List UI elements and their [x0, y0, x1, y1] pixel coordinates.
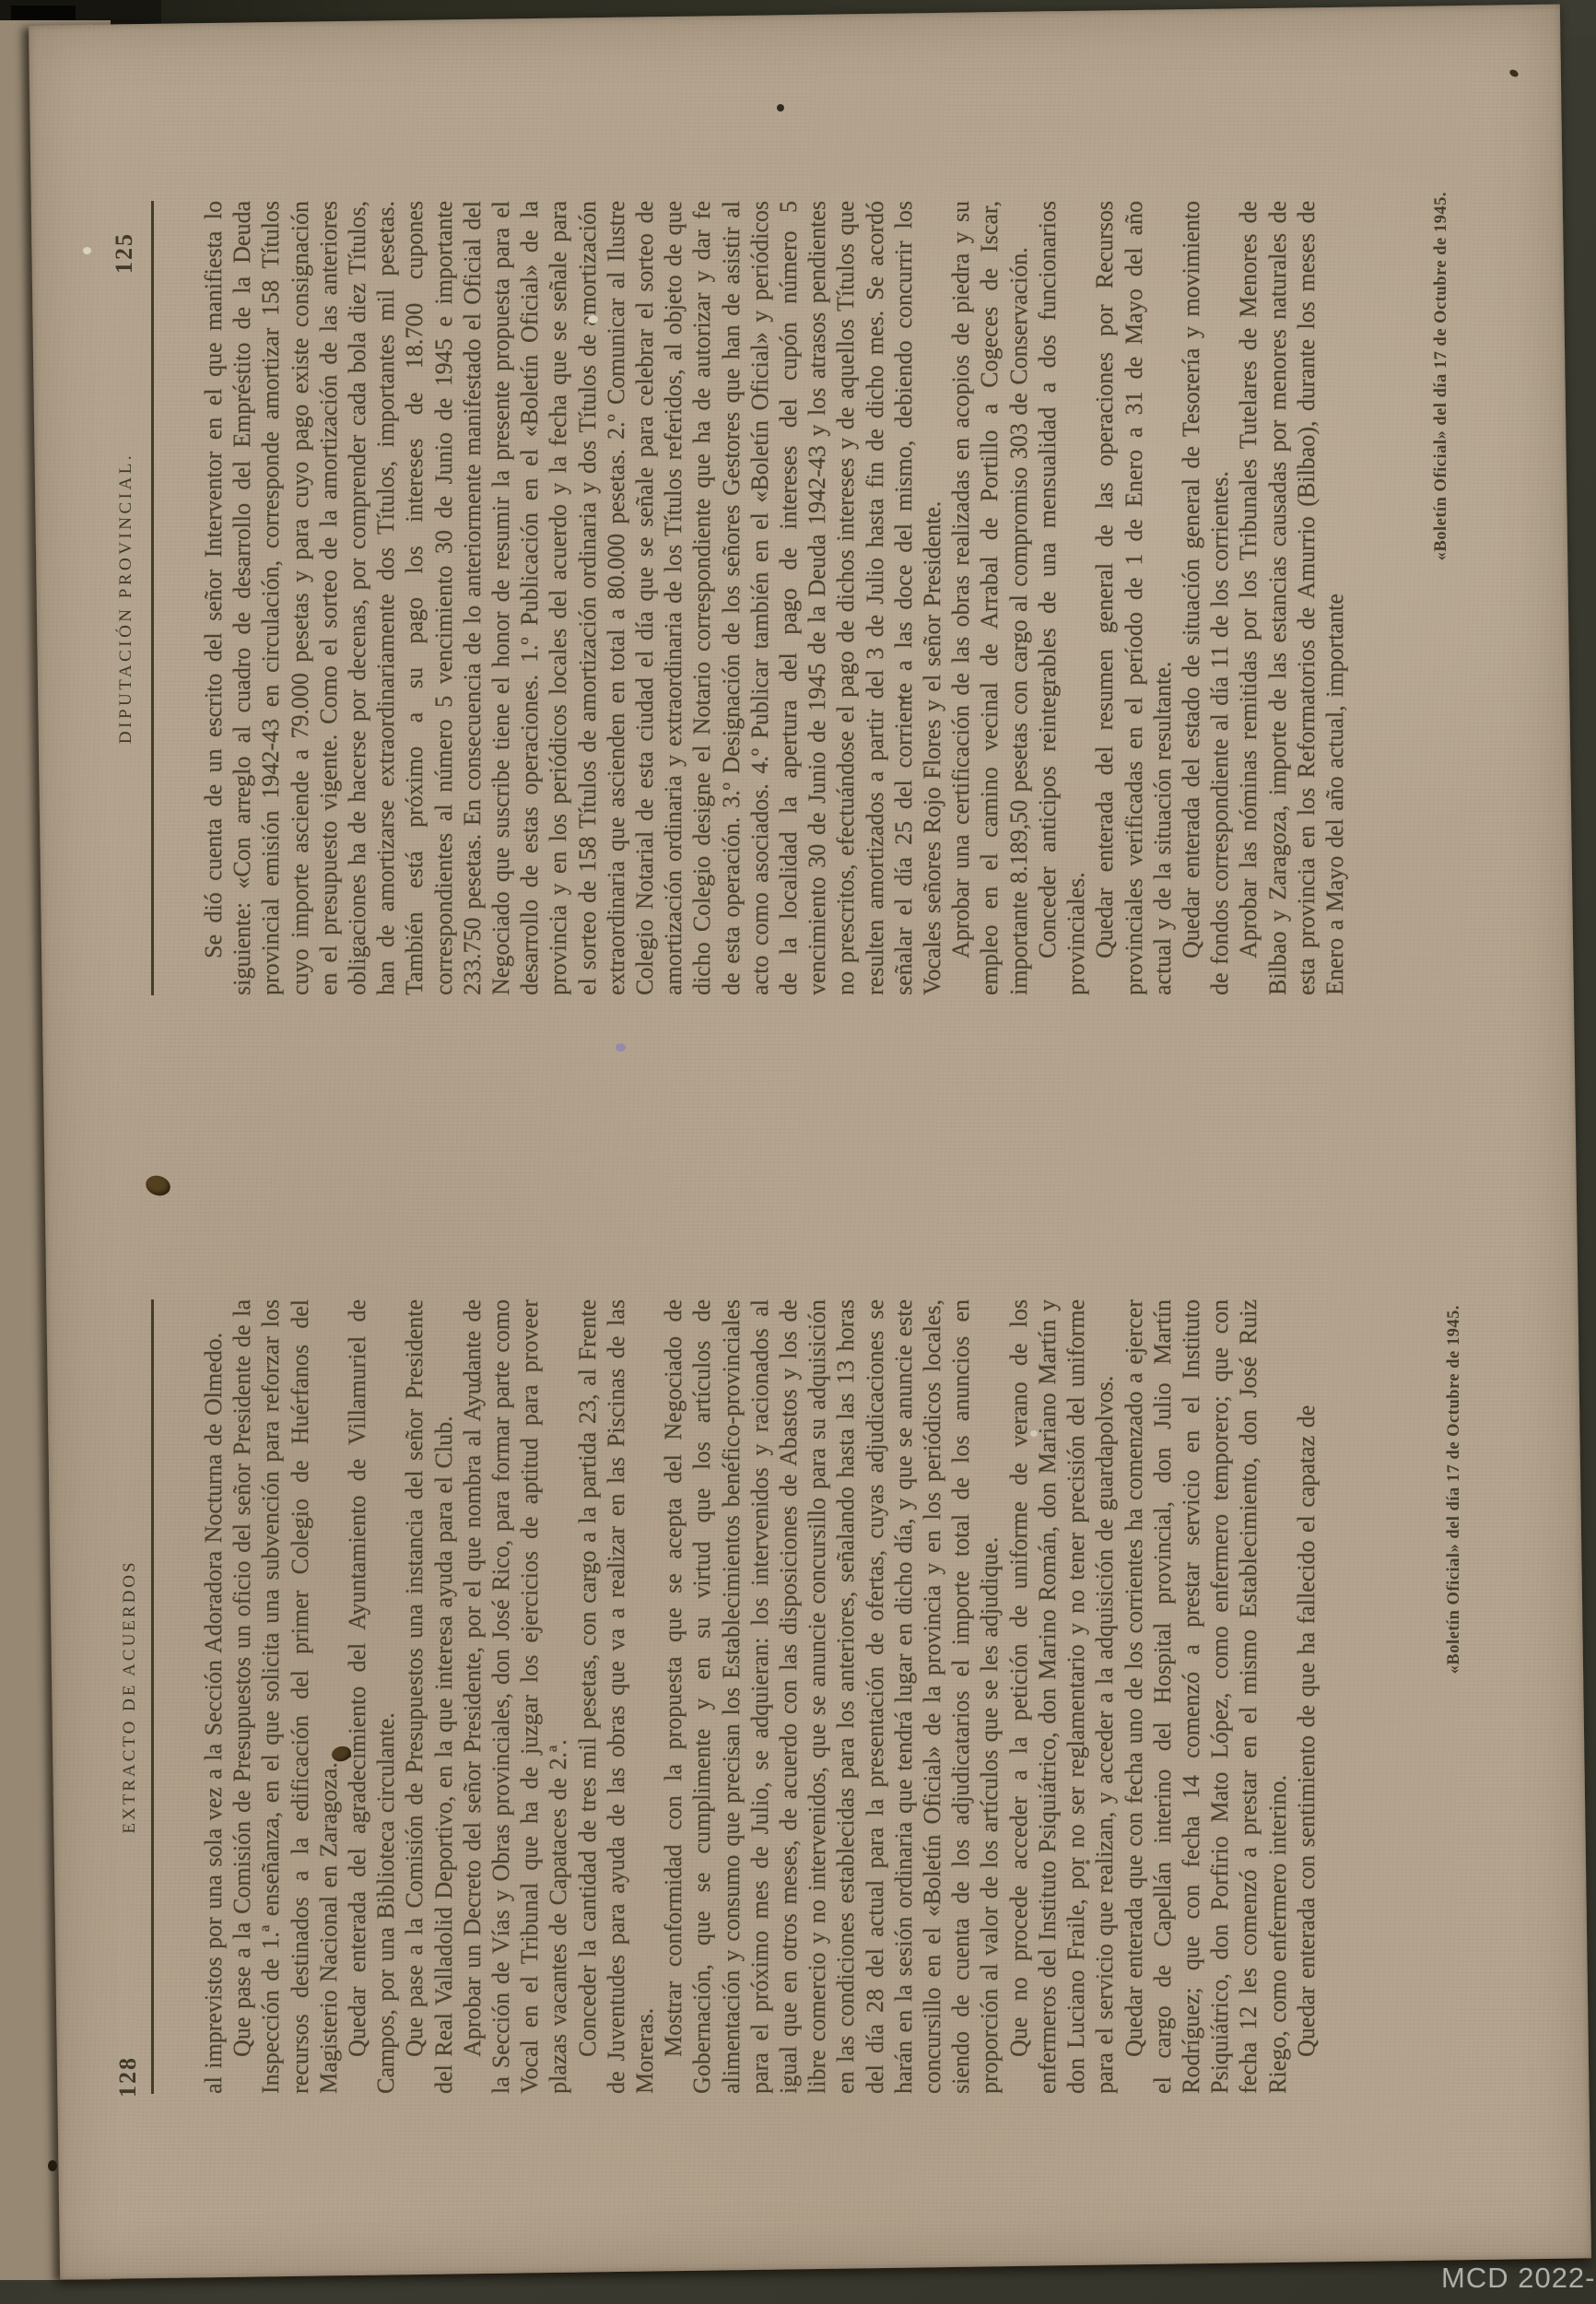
- running-head-extracto: EXTRACTO DE ACUERDOS: [120, 1299, 140, 2094]
- paragraph: Conceder la cantidad de tres mil pesetas…: [573, 1299, 660, 2094]
- paragraph: Aprobar una certificación de las obras r…: [946, 201, 1033, 995]
- text-column-128: al imprevistos por una sola vez a la Sec…: [199, 1299, 1445, 2094]
- running-head-diputacion: DIPUTACIÓN PROVINCIAL.: [116, 201, 136, 995]
- page-128: 128 EXTRACTO DE ACUERDOS al imprevistos …: [0, 1299, 1596, 2094]
- paragraph: Quedar enterada que con fecha uno de los…: [1120, 1299, 1292, 2094]
- paragraph: al imprevistos por una sola vez a la Sec…: [199, 1299, 228, 2094]
- paragraph: Que no procede acceder a la petición de …: [1004, 1299, 1120, 2094]
- footnote-boletin-oficial: «Boletín Oficial» del día 17 de Octubre …: [1432, 192, 1451, 560]
- paragraph: Aprobar un Decreto del señor Presidente,…: [458, 1299, 573, 2094]
- paragraph: Quedar enterada del resumen general de l…: [1090, 201, 1177, 995]
- paragraph: Aprobar las nóminas remitidas por los Tr…: [1234, 201, 1349, 995]
- paragraph: Que pase a la Comisión de Presupuestos u…: [228, 1299, 343, 2094]
- paragraph: Se dió cuenta de un escrito del señor In…: [199, 201, 946, 995]
- page-125: 125 DIPUTACIÓN PROVINCIAL. Se dió cuenta…: [0, 201, 1596, 995]
- paragraph: Que pase a la Comisión de Presupuestos u…: [400, 1299, 457, 2094]
- rotated-page-content: 128 EXTRACTO DE ACUERDOS al imprevistos …: [0, 0, 1596, 2304]
- text-column-125: Se dió cuenta de un escrito del señor In…: [199, 201, 1445, 995]
- footnote-boletin-oficial: «Boletín Oficial» del día 17 de Octubre …: [1445, 1305, 1464, 1674]
- paragraph: Mostrar conformidad con la propuesta que…: [659, 1299, 1003, 2094]
- watermark: MCD 2022-LS: [1441, 2262, 1596, 2295]
- header-rule: [151, 201, 154, 995]
- paragraph: Quedar enterada con sentimiento de que h…: [1292, 1299, 1320, 2094]
- paragraph: Quedar enterada del agradecimiento del A…: [343, 1299, 400, 2094]
- paragraph: Quedar enterada del estado de situación …: [1177, 201, 1234, 995]
- paragraph: Conceder anticipos reintegrables de una …: [1033, 201, 1090, 995]
- header-rule: [151, 1299, 154, 2094]
